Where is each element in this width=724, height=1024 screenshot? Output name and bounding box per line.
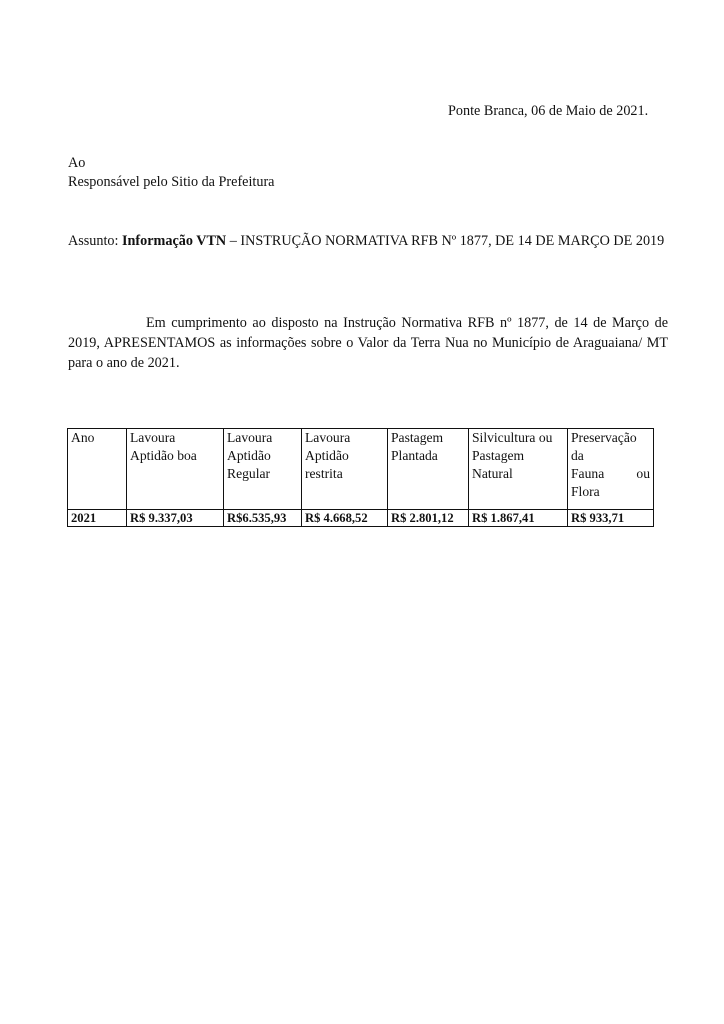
addressee-line-1: Ao — [68, 155, 85, 172]
body-paragraph: Em cumprimento ao disposto na Instrução … — [68, 313, 668, 373]
cell-value: R$ 933,71 — [568, 510, 654, 527]
header-cell: Lavoura Aptidão boa — [127, 429, 224, 510]
subject-label: Assunto: — [68, 233, 118, 249]
header-part-justified: Fauna ou — [571, 465, 650, 483]
cell-value: R$ 9.337,03 — [127, 510, 224, 527]
subject-title: Informação VTN — [122, 233, 226, 249]
cell-value: R$ 4.668,52 — [302, 510, 388, 527]
header-part: Preservação — [571, 429, 650, 447]
cell-year: 2021 — [68, 510, 127, 527]
header-part: Fauna — [571, 465, 604, 483]
subject-rest: – INSTRUÇÃO NORMATIVA RFB Nº 1877, DE 14… — [226, 233, 664, 249]
header-part: ou — [636, 465, 650, 483]
cell-value: R$6.535,93 — [224, 510, 302, 527]
body-text: Em cumprimento ao disposto na Instrução … — [68, 315, 668, 371]
vtn-table: Ano Lavoura Aptidão boa Lavoura Aptidão … — [67, 428, 654, 527]
cell-value: R$ 2.801,12 — [388, 510, 469, 527]
header-part: da — [571, 447, 650, 465]
header-part: Flora — [571, 483, 650, 501]
header-cell-preservacao: Preservação da Fauna ou Flora — [568, 429, 654, 510]
place-date: Ponte Branca, 06 de Maio de 2021. — [448, 103, 648, 120]
header-cell: Lavoura Aptidão restrita — [302, 429, 388, 510]
addressee-line-2: Responsável pelo Sitio da Prefeitura — [68, 174, 274, 191]
table-header-row: Ano Lavoura Aptidão boa Lavoura Aptidão … — [68, 429, 654, 510]
subject-line: Assunto: Informação VTN – INSTRUÇÃO NORM… — [68, 232, 668, 251]
header-cell: Ano — [68, 429, 127, 510]
table-row: 2021 R$ 9.337,03 R$6.535,93 R$ 4.668,52 … — [68, 510, 654, 527]
header-cell: Pastagem Plantada — [388, 429, 469, 510]
header-cell: Silvicultura ou Pastagem Natural — [469, 429, 568, 510]
cell-value: R$ 1.867,41 — [469, 510, 568, 527]
header-cell: Lavoura Aptidão Regular — [224, 429, 302, 510]
